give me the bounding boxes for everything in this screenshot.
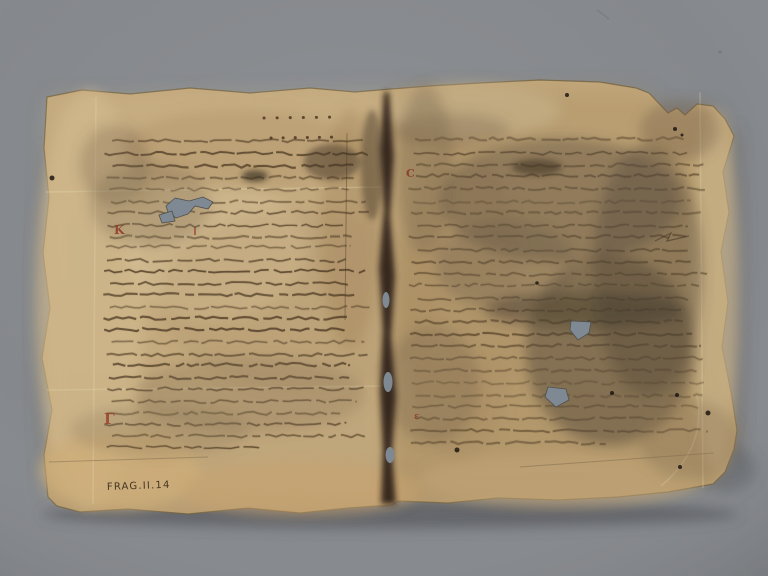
hole-fold-lower xyxy=(386,447,395,463)
hole-fold-upper xyxy=(383,292,390,308)
bifolium: K Γ C ε xyxy=(35,80,740,516)
manuscript-photograph: K Γ C ε xyxy=(0,0,768,576)
photo-canvas: K Γ C ε xyxy=(0,0,768,576)
shelfmark-inscription: FRAG.II.14 xyxy=(107,480,171,493)
hole-fold-middle xyxy=(384,372,393,392)
